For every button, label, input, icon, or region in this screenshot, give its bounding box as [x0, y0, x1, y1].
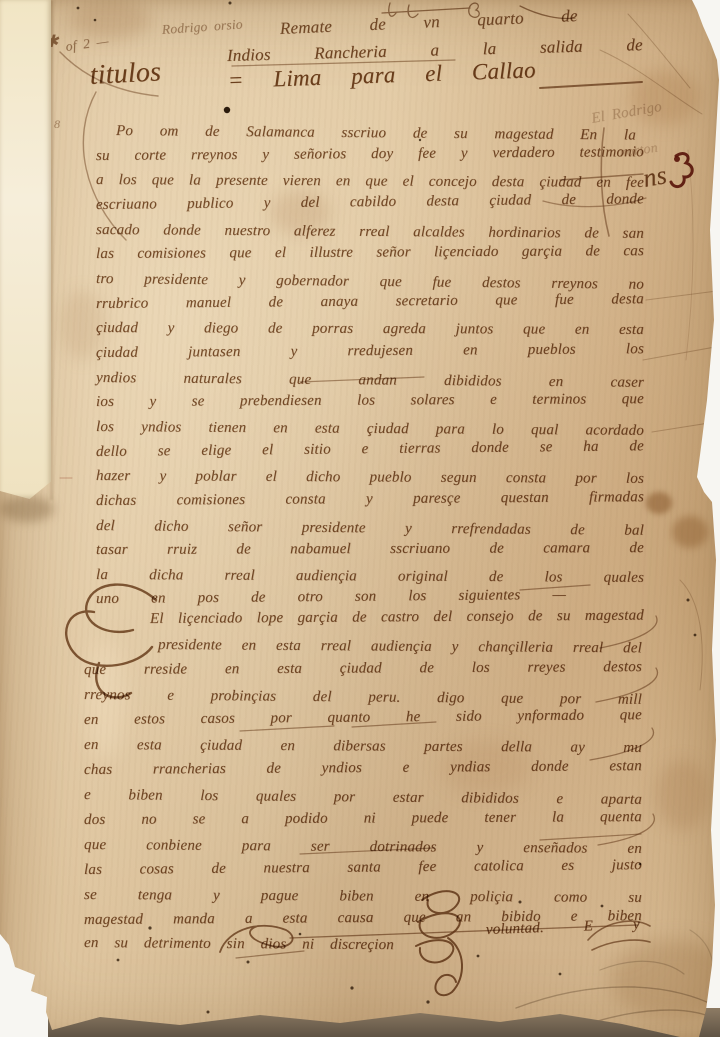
manuscript-line: escriuano publico y del cabildo desta çi… [96, 192, 644, 217]
manuscript-line: en estos casos por quanto he sido ynform… [84, 708, 642, 732]
manuscript-line: magestad manda a esta causa que an bibid… [84, 909, 642, 932]
header-line: Remate de vn quarto de [280, 7, 579, 42]
manuscript-line: ios y se prebendiesen los solares e term… [96, 392, 644, 414]
manuscript-line: en esta çiudad en dibersas partes della … [84, 738, 642, 760]
manuscript-line: su corte rreynos y señorios doy fee y ve… [96, 145, 644, 168]
manuscript-line: çiudad juntasen y rredujesen en pueblos … [96, 342, 644, 365]
manuscript-line: las comisiones que el illustre señor liç… [96, 244, 644, 266]
manuscript-line: El liçenciado lope garçia de castro del … [150, 609, 644, 632]
manuscript-line: dos no se a podido ni puede tener la que… [84, 810, 642, 832]
left-margin-mark: 8 [54, 118, 60, 134]
manuscript-line: las cosas de nuestra santa fee catolica … [84, 858, 642, 882]
handwritten-text-layer: ✱of 2 —Rodrigo orsioRemate de vn quarto … [0, 0, 720, 1037]
ns-margin-mark: ns [641, 162, 670, 199]
manuscript-page: ✱of 2 —Rodrigo orsioRemate de vn quarto … [0, 0, 720, 1037]
archival-guard-strip [0, 0, 51, 499]
manuscript-line: hazer y poblar el dicho pueblo segun con… [96, 469, 644, 491]
manuscript-line: en su detrimento sin dios ni discreçion [84, 936, 394, 958]
manuscript-line: que rreside en esta çiudad de los rreyes… [84, 660, 642, 682]
manuscript-line: presidente en esta rreal audiençia y cha… [158, 638, 642, 661]
folio-note: of 2 — [65, 34, 110, 57]
archival-photo-stage: ✱of 2 —Rodrigo orsioRemate de vn quarto … [0, 0, 720, 1037]
header-annotation: Rodrigo orsio [161, 17, 243, 40]
manuscript-line: dello se elige el sitio e tierras donde … [96, 439, 644, 464]
title-word: titulos [89, 58, 162, 98]
manuscript-line: chas rrancherias de yndios e yndias dond… [84, 759, 642, 782]
manuscript-line: se tenga y pague biben en poliçia como s… [84, 888, 642, 910]
manuscript-line: dichas comisiones consta y paresçe quest… [96, 490, 644, 513]
manuscript-line: çiudad y diego de porras agreda juntos q… [96, 321, 644, 342]
manuscript-line: rrubrico manuel de anaya secretario que … [96, 292, 644, 316]
manuscript-line: tasar rruiz de nabamuel sscriuano de cam… [96, 541, 644, 562]
